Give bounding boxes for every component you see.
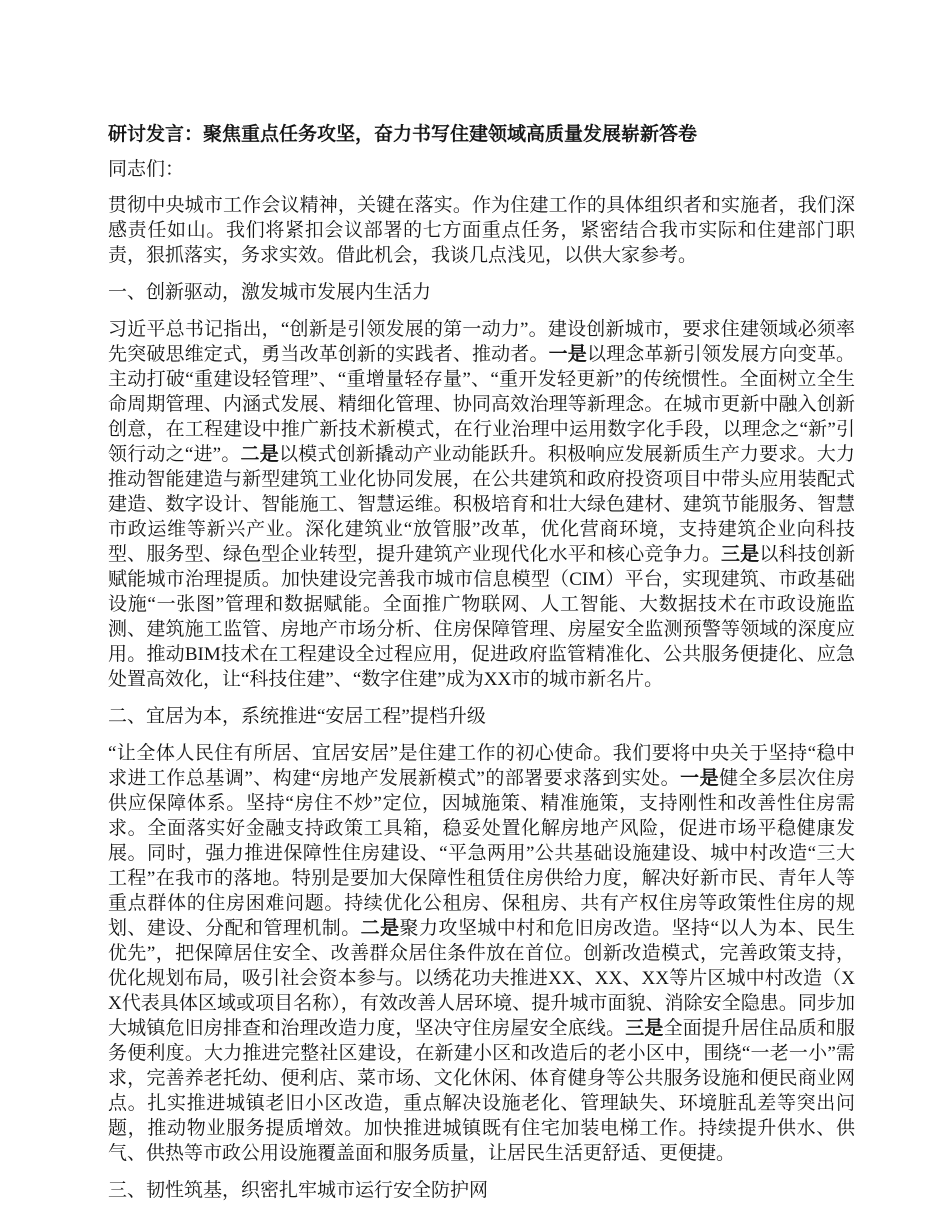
emphasis-marker: 一是 <box>549 344 587 365</box>
intro-paragraph: 贯彻中央城市工作会议精神，关键在落实。作为住建工作的具体组织者和实施者，我们深感… <box>108 193 855 268</box>
sections-container: 一、创新驱动，激发城市发展内生活力习近平总书记指出，“创新是引领发展的第一动力”… <box>108 280 855 1203</box>
emphasis-marker: 一是 <box>680 768 719 789</box>
document-title: 研讨发言：聚焦重点任务攻坚，奋力书写住建领域高质量发展崭新答卷 <box>108 122 855 148</box>
section-heading-2: 二、宜居为本，系统推进“安居工程”提档升级 <box>108 704 855 729</box>
paragraph-segment: 全面提升居住品质和服务便利度。大力推进完整社区建设，在新建小区和改造后的老小区中… <box>108 1018 855 1164</box>
paragraph-segment: 健全多层次住房供应保障体系。坚持“房住不炒”定位，因城施策、精准施策，支持刚性和… <box>108 768 855 939</box>
emphasis-marker: 三是 <box>721 544 759 565</box>
document-page: 研讨发言：聚焦重点任务攻坚，奋力书写住建领域高质量发展崭新答卷 同志们： 贯彻中… <box>0 0 950 1230</box>
section-heading-3: 三、韧性筑基，织密扎牢城市运行安全防护网 <box>108 1178 855 1203</box>
section-paragraph-2: “让全体人民住有所居、宜居安居”是住建工作的初心使命。我们要将中央关于坚持“稳中… <box>108 741 855 1166</box>
emphasis-marker: 三是 <box>625 1018 663 1039</box>
paragraph-segment: 以科技创新赋能城市治理提质。加快建设完善我市城市信息模型（CIM）平台，实现建筑… <box>108 544 855 690</box>
salutation: 同志们： <box>108 157 855 182</box>
emphasis-marker: 二是 <box>361 918 400 939</box>
section-heading-1: 一、创新驱动，激发城市发展内生活力 <box>108 280 855 305</box>
emphasis-marker: 二是 <box>241 444 279 465</box>
section-paragraph-1: 习近平总书记指出，“创新是引领发展的第一动力”。建设创新城市，要求住建领域必须率… <box>108 317 855 692</box>
